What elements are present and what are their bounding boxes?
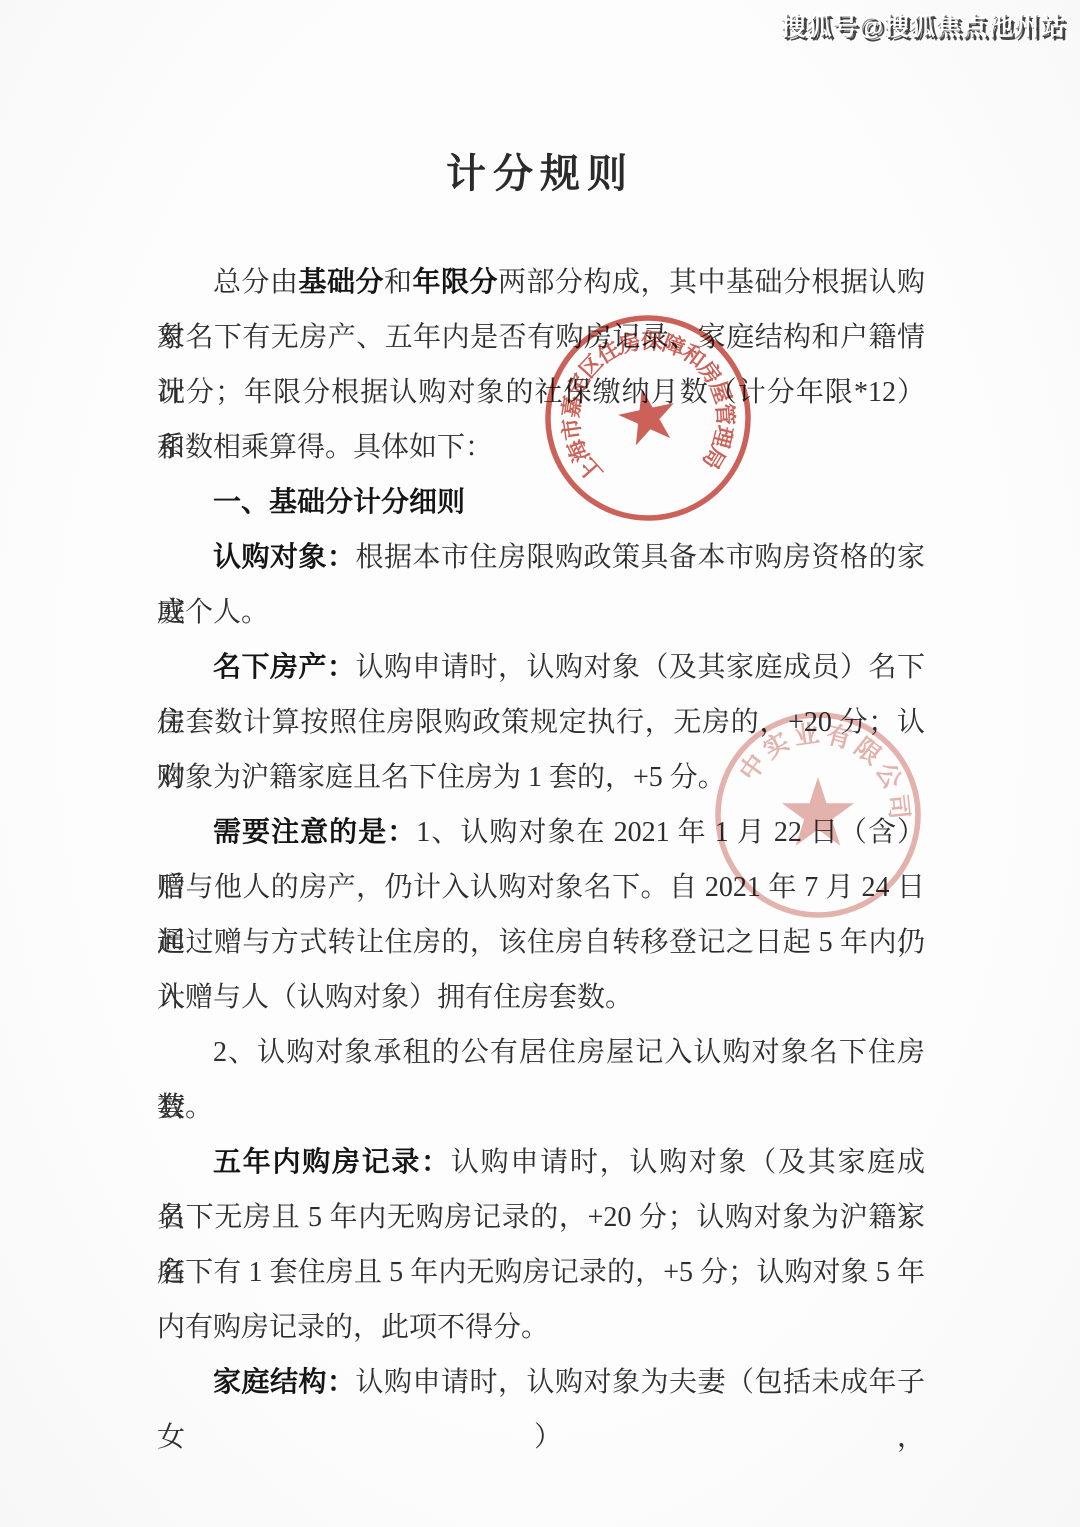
- bold-text-segment: 名下房产：: [213, 652, 356, 683]
- bold-text-segment: 家庭结构：: [213, 1367, 356, 1398]
- text-segment: 和: [384, 267, 413, 298]
- text-segment: 或个人。: [157, 597, 269, 628]
- text-line: 名下有 1 套住房且 5 年内无购房记录的，+5 分；认购对象 5 年: [157, 1245, 925, 1300]
- text-line: 名下房产：认购申请时，认购对象（及其家庭成员）名下住: [157, 640, 925, 695]
- text-segment: 内有购房记录的，此项不得分。: [157, 1312, 549, 1343]
- text-line: 对象为沪籍家庭且名下住房为 1 套的，+5 分。: [157, 750, 925, 805]
- text-line: 象名下有无房产、五年内是否有购房记录、家庭结构和户籍情况: [157, 310, 925, 365]
- text-segment: 系数相乘算得。具体如下：: [157, 432, 493, 463]
- bold-text-segment: 基础分: [299, 267, 385, 298]
- text-line: 通过赠与方式转让住房的，该住房自转移登记之日起 5 年内仍计: [157, 915, 925, 970]
- text-line: 计分；年限分根据认购对象的社保缴纳月数（计分年限*12）和: [157, 365, 925, 420]
- document-title: 计分规则: [0, 142, 1080, 199]
- text-line: 或个人。: [157, 585, 925, 640]
- text-line: 赠与他人的房产，仍计入认购对象名下。自 2021 年 7 月 24 日起，: [157, 860, 925, 915]
- bold-text-segment: 认购对象：: [213, 542, 356, 573]
- text-segment: 总分由: [213, 267, 299, 298]
- text-line: 名下无房且 5 年内无购房记录的，+20 分；认购对象为沪籍家庭: [157, 1190, 925, 1245]
- bold-text-segment: 一、基础分计分细则: [213, 487, 465, 518]
- text-line: 总分由基础分和年限分两部分构成，其中基础分根据认购对: [157, 255, 925, 310]
- text-line: 内有购房记录的，此项不得分。: [157, 1300, 925, 1355]
- text-line: 入赠与人（认购对象）拥有住房套数。: [157, 970, 925, 1025]
- bold-text-segment: 年限分: [413, 267, 499, 298]
- text-line: 家庭结构：认购申请时，认购对象为夫妻（包括未成年子女），: [157, 1355, 925, 1410]
- text-segment: 数。: [157, 1092, 213, 1123]
- text-line: 2、认购对象承租的公有居住房屋记入认购对象名下住房套: [157, 1025, 925, 1080]
- document-page: 搜狐号@搜狐焦点池州站 计分规则 总分由基础分和年限分两部分构成，其中基础分根据…: [0, 0, 1080, 1527]
- text-segment: 名下有 1 套住房且 5 年内无购房记录的，+5 分；认购对象 5 年: [157, 1257, 925, 1288]
- text-line: 认购对象：根据本市住房限购政策具备本市购房资格的家庭: [157, 530, 925, 585]
- text-line: 五年内购房记录：认购申请时，认购对象（及其家庭成员）: [157, 1135, 925, 1190]
- bold-text-segment: 需要注意的是：: [213, 817, 416, 848]
- bold-text-segment: 五年内购房记录：: [213, 1147, 451, 1178]
- text-segment: 对象为沪籍家庭且名下住房为 1 套的，+5 分。: [157, 762, 726, 793]
- text-line: 房套数计算按照住房限购政策规定执行，无房的，+20 分；认购: [157, 695, 925, 750]
- text-segment: 入赠与人（认购对象）拥有住房套数。: [157, 982, 633, 1013]
- text-line: 一、基础分计分细则: [157, 475, 925, 530]
- text-line: 系数相乘算得。具体如下：: [157, 420, 925, 475]
- watermark: 搜狐号@搜狐焦点池州站: [781, 7, 1066, 43]
- text-line: 需要注意的是：1、认购对象在 2021 年 1 月 22 日（含）后: [157, 805, 925, 860]
- text-line: 数。: [157, 1080, 925, 1135]
- document-body: 总分由基础分和年限分两部分构成，其中基础分根据认购对象名下有无房产、五年内是否有…: [157, 255, 925, 1410]
